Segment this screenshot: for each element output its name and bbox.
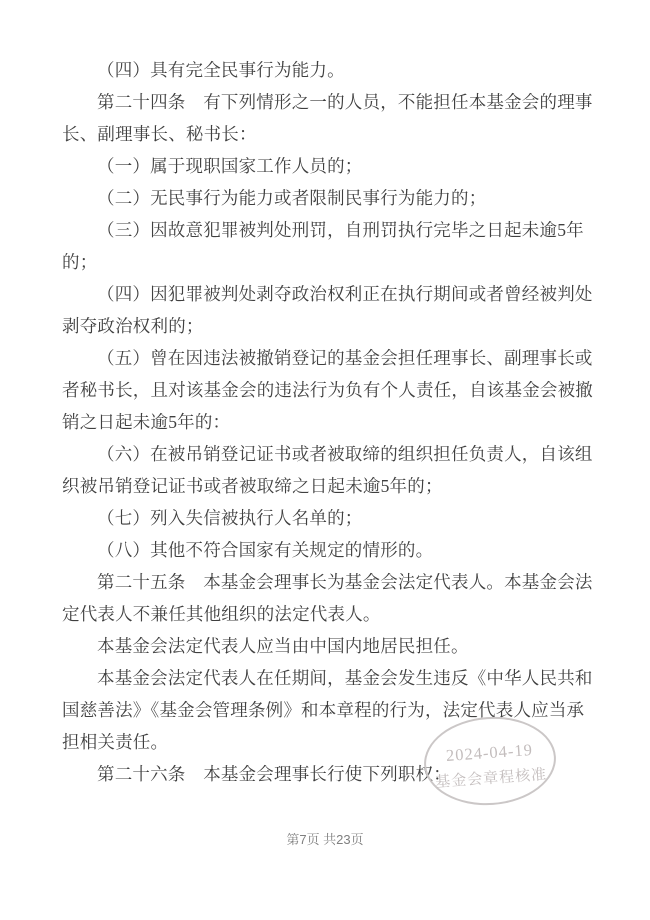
document-line: （五）曾在因违法被撤销登记的基金会担任理事长、副理事长或 [62, 342, 588, 374]
document-line: （二）无民事行为能力或者限制民事行为能力的； [62, 182, 588, 214]
document-line: （一）属于现职国家工作人员的； [62, 150, 588, 182]
document-page: （四）具有完全民事行为能力。第二十四条 有下列情形之一的人员，不能担任本基金会的… [0, 0, 650, 920]
stamp-date: 2024-04-19 [445, 741, 533, 765]
document-line: 本基金会法定代表人应当由中国内地居民担任。 [62, 630, 588, 662]
document-line: （六）在被吊销登记证书或者被取缔的组织担任负责人，自该组 [62, 438, 588, 470]
document-line: 长、副理事长、秘书长： [62, 118, 588, 150]
document-line: 织被吊销登记证书或者被取缔之日起未逾5年的； [62, 470, 588, 502]
document-line: （四）具有完全民事行为能力。 [62, 54, 588, 86]
document-line: 定代表人不兼任其他组织的法定代表人。 [62, 598, 588, 630]
page-number: 第7页 共23页 [0, 829, 650, 848]
document-line: 第二十五条 本基金会理事长为基金会法定代表人。本基金会法 [62, 566, 588, 598]
document-line: 本基金会法定代表人在任期间，基金会发生违反《中华人民共和 [62, 662, 588, 694]
document-line: 剥夺政治权利的； [62, 310, 588, 342]
document-line: 者秘书长，且对该基金会的违法行为负有个人责任，自该基金会被撤 [62, 374, 588, 406]
document-line: 销之日起未逾5年的： [62, 406, 588, 438]
document-line: （八）其他不符合国家有关规定的情形的。 [62, 534, 588, 566]
document-line: （三）因故意犯罪被判处刑罚，自刑罚执行完毕之日起未逾5年 [62, 214, 588, 246]
document-body: （四）具有完全民事行为能力。第二十四条 有下列情形之一的人员，不能担任本基金会的… [62, 54, 588, 790]
stamp-label: 基金会章程核准 [435, 767, 548, 792]
document-line: 第二十四条 有下列情形之一的人员，不能担任本基金会的理事 [62, 86, 588, 118]
document-line: （七）列入失信被执行人名单的； [62, 502, 588, 534]
document-line: 的； [62, 246, 588, 278]
document-line: （四）因犯罪被判处剥夺政治权利正在执行期间或者曾经被判处 [62, 278, 588, 310]
